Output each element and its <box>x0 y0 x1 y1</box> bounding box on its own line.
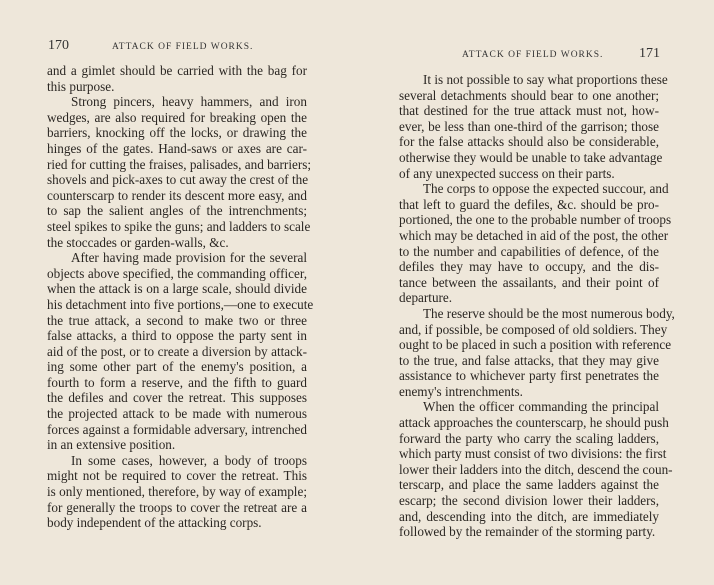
text-line: followed by the remainder of the stormin… <box>399 524 659 540</box>
text-line: terscarp, and place the same ladders aga… <box>399 477 659 493</box>
text-line: forces against a formidable adversary, i… <box>47 422 307 438</box>
text-line: steel spikes to spike the guns; and ladd… <box>47 219 307 235</box>
text-line: is only mentioned, therefore, by way of … <box>47 484 307 500</box>
text-line: ing some other part of the enemy's posit… <box>47 359 307 375</box>
text-line: fourth to form a reserve, and the fifth … <box>47 375 307 391</box>
text-line: false attacks, a third to oppose the par… <box>47 328 307 344</box>
text-line: body independent of the attacking corps. <box>47 515 307 531</box>
text-line: When the officer commanding the principa… <box>399 399 659 415</box>
text-line: defiles they may have to occupy, and the… <box>399 259 659 275</box>
text-line: and a gimlet should be carried with the … <box>47 63 307 79</box>
text-line: shovels and pick-axes to cut away the cr… <box>47 172 307 188</box>
text-line: the true attack, a second to make two or… <box>47 313 307 329</box>
body-text: and a gimlet should be carried with the … <box>47 63 307 531</box>
text-line: for generally the troops to cover the re… <box>47 500 307 516</box>
text-line: It is not possible to say what proportio… <box>399 72 659 88</box>
text-line: escarp; the second division lower their … <box>399 493 659 509</box>
text-line: objects above specified, the commanding … <box>47 266 307 282</box>
text-line: tance between the assailants, and their … <box>399 275 659 291</box>
text-line: lower their ladders into the ditch, desc… <box>399 462 659 478</box>
left-page: 170 ATTACK OF FIELD WORKS. and a gimlet … <box>0 0 357 585</box>
text-line: that left to guard the defiles, &c. shou… <box>399 197 659 213</box>
text-line: his detachment into five portions,—one t… <box>47 297 307 313</box>
text-line: aid of the post, or to create a diversio… <box>47 344 307 360</box>
running-head: ATTACK OF FIELD WORKS. <box>462 50 603 60</box>
text-line: ried for cutting the fraises, palisades,… <box>47 157 307 173</box>
text-line: ought to be placed in such a position wi… <box>399 337 659 353</box>
text-line: The reserve should be the most numerous … <box>399 306 659 322</box>
text-line: and, descending into the ditch, are imme… <box>399 509 659 525</box>
body-text: It is not possible to say what proportio… <box>399 72 659 540</box>
text-line: In some cases, however, a body of troops <box>47 453 307 469</box>
text-line: assistance to whichever party first pene… <box>399 368 659 384</box>
page-number: 171 <box>639 46 660 62</box>
text-line: barriers, knocking off the locks, or dra… <box>47 125 307 141</box>
text-line: several detachments should bear to one a… <box>399 88 659 104</box>
text-line: in an extensive position. <box>47 437 307 453</box>
text-line: enemy's intrenchments. <box>399 384 659 400</box>
text-line: which may be detached in aid of the post… <box>399 228 659 244</box>
text-line: departure. <box>399 290 659 306</box>
text-line: the defiles and cover the retreat. This … <box>47 390 307 406</box>
text-line: that destined for the true attack must n… <box>399 103 659 119</box>
text-line: hinges of the gates. Hand-saws or axes a… <box>47 141 307 157</box>
text-line: portioned, the one to the probable numbe… <box>399 212 659 228</box>
text-line: otherwise they would be unable to take a… <box>399 150 659 166</box>
text-line: ever, be less than one-third of the garr… <box>399 119 659 135</box>
text-line: when the attack is on a large scale, sho… <box>47 281 307 297</box>
running-head: ATTACK OF FIELD WORKS. <box>112 42 253 52</box>
text-line: might not be required to cover the retre… <box>47 468 307 484</box>
text-line: Strong pincers, heavy hammers, and iron <box>47 94 307 110</box>
text-line: After having made provision for the seve… <box>47 250 307 266</box>
right-page: ATTACK OF FIELD WORKS. 171 It is not pos… <box>357 0 714 585</box>
text-line: to the true, and false attacks, that the… <box>399 353 659 369</box>
text-line: counterscarp to render its descent more … <box>47 188 307 204</box>
text-line: the projected attack to be made with num… <box>47 406 307 422</box>
text-line: and, if possible, be composed of old sol… <box>399 322 659 338</box>
text-line: this purpose. <box>47 79 307 95</box>
text-line: of any unexpected success on their parts… <box>399 166 659 182</box>
text-line: forward the party who carry the scaling … <box>399 431 659 447</box>
text-line: for the false attacks should also be con… <box>399 134 659 150</box>
text-line: to sap the salient angles of the intrenc… <box>47 203 307 219</box>
text-line: the stoccades or garden-walls, &c. <box>47 235 307 251</box>
text-line: attack approaches the counterscarp, he s… <box>399 415 659 431</box>
page-number: 170 <box>48 38 69 54</box>
text-line: which party must consist of two division… <box>399 446 659 462</box>
text-line: wedges, are also required for breaking o… <box>47 110 307 126</box>
text-line: The corps to oppose the expected succour… <box>399 181 659 197</box>
text-line: to the number and capabilities of defenc… <box>399 244 659 260</box>
